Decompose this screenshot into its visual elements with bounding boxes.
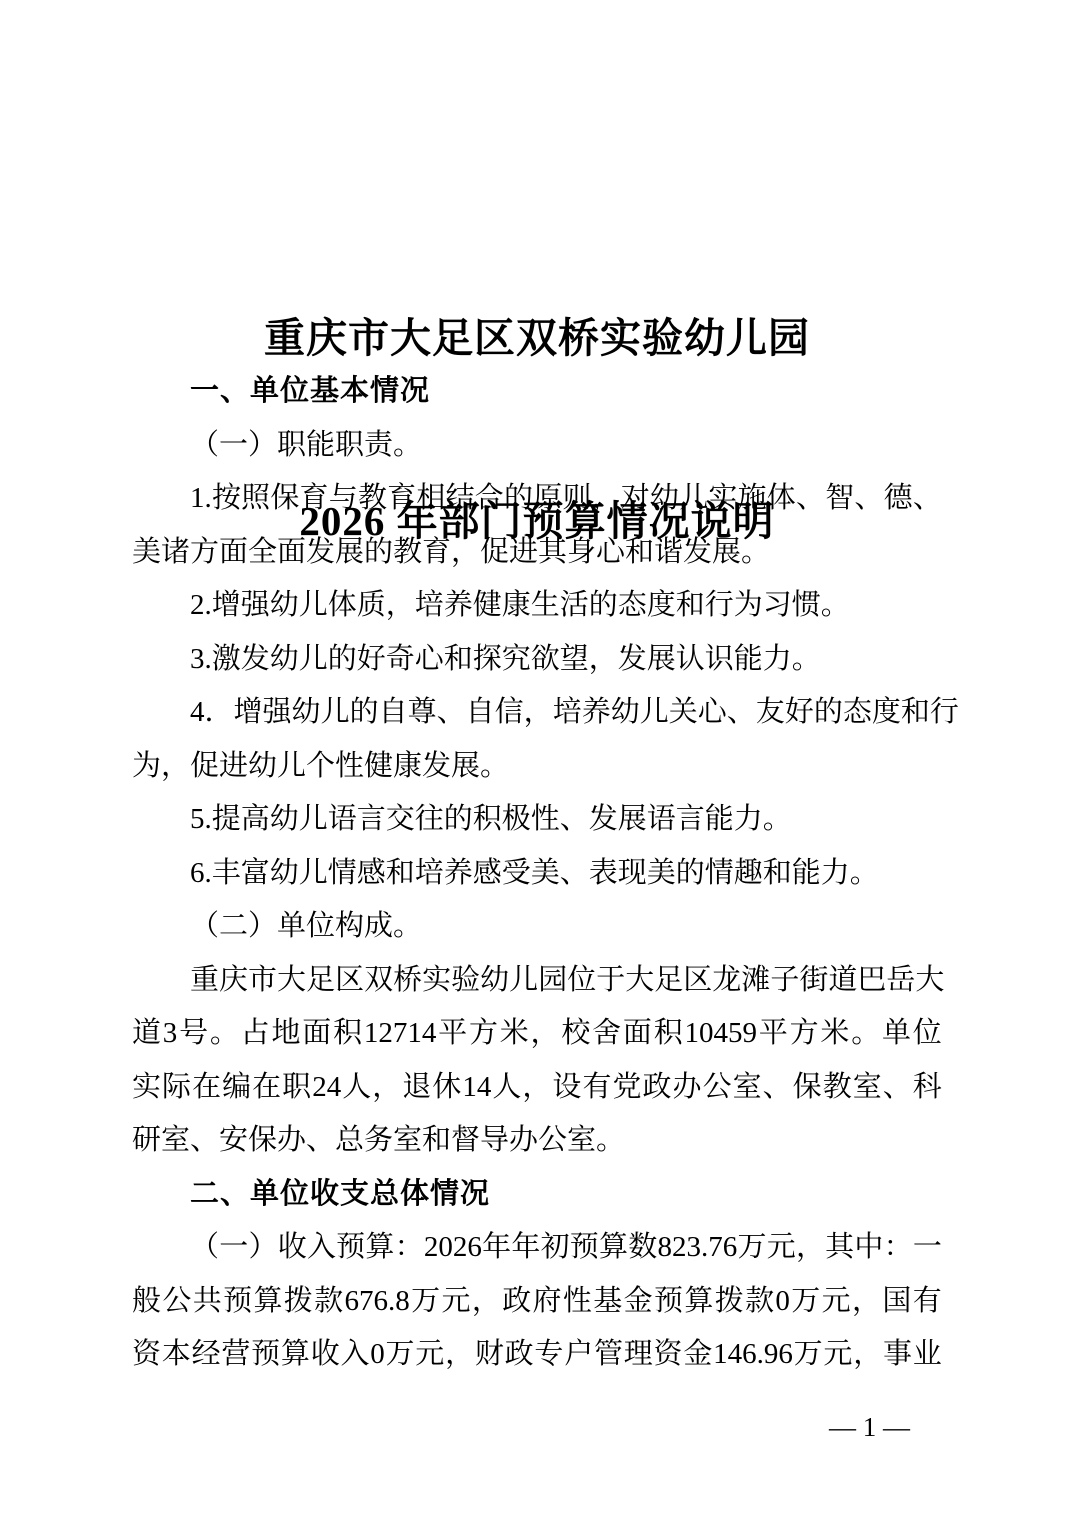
text-token: 育 <box>300 472 329 526</box>
section-heading: 一、单位基本情况 <box>132 365 942 419</box>
text-token: 入 <box>340 1328 369 1382</box>
text-token: 人 <box>492 1061 521 1115</box>
text-token: 与 <box>329 472 358 526</box>
text-token: 中 <box>854 1221 883 1275</box>
text-token: 区 <box>335 954 364 1008</box>
text-token: 实 <box>422 954 451 1008</box>
text-token: 重 <box>190 954 219 1008</box>
text-token: 算 <box>281 1328 310 1382</box>
text-token: 龙 <box>712 954 741 1008</box>
text-token: 科 <box>913 1061 942 1115</box>
text-token: 退 <box>402 1061 431 1115</box>
text-token: 庆 <box>219 954 248 1008</box>
text-token: 经 <box>192 1328 221 1382</box>
text-token: 单 <box>882 1007 911 1061</box>
text-token: 事 <box>883 1328 912 1382</box>
text-token: ， <box>445 1328 474 1382</box>
text-line: 3.激发幼儿的好奇心和探究欲望，发展认识能力。 <box>132 633 942 687</box>
text-token: 24 <box>312 1061 341 1115</box>
text-token: 德 <box>884 472 913 526</box>
text-token: 体 <box>767 472 796 526</box>
text-token: 儿 <box>321 686 350 740</box>
text-line: 资本经营预算收入0万元，财政专户管理资金146.96万元，事业 <box>132 1328 942 1382</box>
text-token: 财 <box>475 1328 504 1382</box>
text-token: 、 <box>883 1061 912 1115</box>
text-token: 号 <box>179 1007 208 1061</box>
text-token: 万 <box>791 1275 820 1329</box>
text-token: 业 <box>913 1328 942 1382</box>
document-page: 重庆市大足区双桥实验幼儿园 2026 年部门预算情况说明 一、单位基本情况（一）… <box>0 0 1074 1520</box>
text-token: 道 <box>132 1007 161 1061</box>
text-token: 金 <box>683 1328 712 1382</box>
text-token: 儿 <box>640 686 669 740</box>
text-token: 位 <box>567 954 596 1008</box>
text-token: 际 <box>162 1061 191 1115</box>
text-token: 人 <box>342 1061 371 1115</box>
text-token: ， <box>472 1275 501 1329</box>
text-token: 预 <box>654 1275 683 1329</box>
text-token: 养 <box>582 686 611 740</box>
text-token: 按 <box>212 472 241 526</box>
text-token: 大 <box>625 954 654 1008</box>
text-token: 积 <box>654 1007 683 1061</box>
text-token: 0 <box>775 1275 790 1329</box>
text-token: 街 <box>799 954 828 1008</box>
text-token: 有 <box>913 1275 942 1329</box>
text-token: 园 <box>538 954 567 1008</box>
text-token: 实 <box>132 1061 161 1115</box>
text-token: 育 <box>387 472 416 526</box>
text-token: 算 <box>599 1221 628 1275</box>
text-token: 收 <box>278 1221 307 1275</box>
text-token: 滩 <box>741 954 770 1008</box>
text-token: 年 <box>511 1221 540 1275</box>
text-token: 幼 <box>292 686 321 740</box>
text-token: 、 <box>796 472 825 526</box>
text-token: 元 <box>767 1221 796 1275</box>
text-token: 3 <box>163 1007 178 1061</box>
text-token: 本 <box>162 1328 191 1382</box>
text-token: 位 <box>913 1007 942 1061</box>
text-token: 培 <box>553 686 582 740</box>
text-line: 1.按照保育与教育相结合的原则，对幼儿实施体、智、德、 <box>132 472 942 526</box>
text-line: 实际在编在职24人，退休14人，设有党政办公室、保教室、科 <box>132 1061 942 1115</box>
text-token: 823.76 <box>658 1221 738 1275</box>
text-token: 职 <box>282 1061 311 1115</box>
text-token: 米 <box>820 1007 849 1061</box>
text-line: 5.提高幼儿语言交往的积极性、发展语言能力。 <box>132 793 942 847</box>
text-token: 休 <box>432 1061 461 1115</box>
section-heading: 二、单位收支总体情况 <box>132 1168 942 1222</box>
text-token: 资 <box>654 1328 683 1382</box>
text-token: 公 <box>703 1061 732 1115</box>
text-token: 教 <box>358 472 387 526</box>
text-token: 理 <box>624 1328 653 1382</box>
text-token: 146.96 <box>713 1328 793 1382</box>
text-token: 大 <box>277 954 306 1008</box>
text-token: 双 <box>364 954 393 1008</box>
text-token: 平 <box>759 1007 788 1061</box>
text-line: 为，促进幼儿个性健康发展。 <box>132 740 942 794</box>
text-token: 关 <box>669 686 698 740</box>
text-token: 则 <box>562 472 591 526</box>
text-token: 在 <box>252 1061 281 1115</box>
text-token: 面 <box>623 1007 652 1061</box>
text-token: 友 <box>756 686 785 740</box>
text-token: 共 <box>193 1275 222 1329</box>
text-token: 幼 <box>650 472 679 526</box>
text-token: 度 <box>872 686 901 740</box>
text-token: 676.8 <box>345 1275 410 1329</box>
text-token: 信 <box>495 686 524 740</box>
text-token: 万 <box>794 1328 823 1382</box>
text-token: 营 <box>221 1328 250 1382</box>
text-token: 金 <box>624 1275 653 1329</box>
text-token: 政 <box>502 1275 531 1329</box>
text-token: 元 <box>822 1275 851 1329</box>
document-body: 一、单位基本情况（一）职能职责。1.按照保育与教育相结合的原则，对幼儿实施体、智… <box>132 365 942 1382</box>
text-token: 专 <box>534 1328 563 1382</box>
text-line: 重庆市大足区双桥实验幼儿园位于大足区龙滩子街道巴岳大 <box>132 954 942 1008</box>
text-token: 儿 <box>679 472 708 526</box>
text-token: 室 <box>733 1061 762 1115</box>
text-token: 款 <box>745 1275 774 1329</box>
text-token: 元 <box>823 1328 852 1382</box>
text-token: 万 <box>411 1275 440 1329</box>
text-token: 12714 <box>364 1007 437 1061</box>
text-token: ： <box>884 1221 913 1275</box>
text-token: 4 <box>190 686 205 740</box>
text-token: 年 <box>482 1221 511 1275</box>
text-token: 教 <box>823 1061 852 1115</box>
text-token: 智 <box>825 472 854 526</box>
text-token: 办 <box>673 1061 702 1115</box>
text-token: 、 <box>854 472 883 526</box>
text-token: 地 <box>271 1007 300 1061</box>
text-token: 初 <box>541 1221 570 1275</box>
text-token: 、 <box>437 686 466 740</box>
text-token: 有 <box>582 1061 611 1115</box>
text-token: 面 <box>302 1007 331 1061</box>
text-token: ， <box>592 472 621 526</box>
text-token: 编 <box>222 1061 251 1115</box>
text-token: 预 <box>336 1221 365 1275</box>
text-token: 验 <box>451 954 480 1008</box>
text-token: 平 <box>438 1007 467 1061</box>
text-token: 足 <box>306 954 335 1008</box>
text-token: 幼 <box>611 686 640 740</box>
text-token: 户 <box>564 1328 593 1382</box>
text-token: 相 <box>416 472 445 526</box>
text-line: 般公共预算拨款676.8万元，政府性基金预算拨款0万元，国有 <box>132 1275 942 1329</box>
text-token: 预 <box>251 1328 280 1382</box>
text-token: ， <box>524 686 553 740</box>
text-token: 2026 <box>424 1221 482 1275</box>
text-token: 在 <box>192 1061 221 1115</box>
text-token: 自 <box>466 686 495 740</box>
text-line: 6.丰富幼儿情感和培养感受美、表现美的情趣和能力。 <box>132 847 942 901</box>
text-line: 研室、安保办、总务室和督导办公室。 <box>132 1114 942 1168</box>
text-token: ， <box>852 1275 881 1329</box>
text-token: 米 <box>500 1007 529 1061</box>
text-token: 原 <box>533 472 562 526</box>
text-token: 算 <box>365 1221 394 1275</box>
text-token: ） <box>248 1221 277 1275</box>
text-token: 拨 <box>284 1275 313 1329</box>
text-token: 预 <box>570 1221 599 1275</box>
page-number: — 1 — <box>132 1411 942 1443</box>
text-token: 元 <box>441 1275 470 1329</box>
text-line: 2.增强幼儿体质，培养健康生活的态度和行为习惯。 <box>132 579 942 633</box>
text-token: 施 <box>738 472 767 526</box>
text-token: 巴 <box>857 954 886 1008</box>
text-token: 保 <box>270 472 299 526</box>
text-token: ， <box>522 1061 551 1115</box>
text-token: 设 <box>552 1061 581 1115</box>
text-token: 算 <box>253 1275 282 1329</box>
text-token: 方 <box>790 1007 819 1061</box>
text-token: 行 <box>930 686 959 740</box>
text-token: 实 <box>708 472 737 526</box>
text-token: 心 <box>698 686 727 740</box>
text-token: ， <box>531 1007 560 1061</box>
text-token: 。 <box>210 1007 239 1061</box>
text-line: （一）职能职责。 <box>132 419 942 473</box>
text-token: 政 <box>505 1328 534 1382</box>
text-token: 尊 <box>408 686 437 740</box>
text-token: 对 <box>621 472 650 526</box>
text-line: （二）单位构成。 <box>132 900 942 954</box>
text-token: 岳 <box>886 954 915 1008</box>
text-token: 万 <box>386 1328 415 1382</box>
text-token: （ <box>190 1221 219 1275</box>
text-token: 公 <box>162 1275 191 1329</box>
text-token: 合 <box>475 472 504 526</box>
text-token: 资 <box>132 1328 161 1382</box>
text-token: 0 <box>370 1328 385 1382</box>
text-token: 保 <box>793 1061 822 1115</box>
text-token: 性 <box>563 1275 592 1329</box>
document-title-line-1: 重庆市大足区双桥实验幼儿园 <box>132 308 942 369</box>
text-token: 。 <box>851 1007 880 1061</box>
text-token: 基 <box>593 1275 622 1329</box>
text-token: 10459 <box>685 1007 758 1061</box>
text-token: 的 <box>504 472 533 526</box>
text-token: 1. <box>190 472 212 526</box>
text-token: 儿 <box>509 954 538 1008</box>
text-token: ， <box>372 1061 401 1115</box>
text-token: 好 <box>785 686 814 740</box>
text-token: 款 <box>314 1275 343 1329</box>
text-token: 元 <box>415 1328 444 1382</box>
text-token: 般 <box>132 1275 161 1329</box>
text-token: 区 <box>683 954 712 1008</box>
text-token: 府 <box>533 1275 562 1329</box>
text-token: 党 <box>612 1061 641 1115</box>
text-token: 方 <box>469 1007 498 1061</box>
text-token: 的 <box>350 686 379 740</box>
text-token: 政 <box>643 1061 672 1115</box>
text-token: 舍 <box>592 1007 621 1061</box>
text-token: 增 <box>234 686 263 740</box>
text-token: 14 <box>462 1061 491 1115</box>
text-token: 一 <box>219 1221 248 1275</box>
text-token: 校 <box>561 1007 590 1061</box>
text-token: 收 <box>311 1328 340 1382</box>
text-token: 积 <box>333 1007 362 1061</box>
text-token: 入 <box>307 1221 336 1275</box>
text-token: 的 <box>814 686 843 740</box>
text-token: 幼 <box>480 954 509 1008</box>
text-token: 桥 <box>393 954 422 1008</box>
text-token: 道 <box>828 954 857 1008</box>
text-token: 拨 <box>715 1275 744 1329</box>
text-token: 数 <box>628 1221 657 1275</box>
text-token: 子 <box>770 954 799 1008</box>
text-token: 、 <box>913 472 942 526</box>
text-token: 大 <box>915 954 944 1008</box>
text-token: 、 <box>727 686 756 740</box>
text-token: ， <box>853 1328 882 1382</box>
text-line: 4．增强幼儿的自尊、自信，培养幼儿关心、友好的态度和行 <box>132 686 942 740</box>
text-token: 占 <box>241 1007 270 1061</box>
text-token: 照 <box>241 472 270 526</box>
text-token: 于 <box>596 954 625 1008</box>
text-token: 市 <box>248 954 277 1008</box>
text-token: 算 <box>684 1275 713 1329</box>
text-token: 结 <box>446 472 475 526</box>
text-token: ： <box>395 1221 424 1275</box>
text-token: ， <box>796 1221 825 1275</box>
text-line: （一）收入预算：2026年年初预算数823.76万元，其中：一 <box>132 1221 942 1275</box>
text-token: ． <box>205 686 234 740</box>
text-token: 自 <box>379 686 408 740</box>
text-token: 强 <box>263 686 292 740</box>
text-token: 国 <box>882 1275 911 1329</box>
text-token: 态 <box>843 686 872 740</box>
text-token: 预 <box>223 1275 252 1329</box>
text-token: 和 <box>901 686 930 740</box>
text-token: 管 <box>594 1328 623 1382</box>
text-line: 美诸方面全面发展的教育，促进其身心和谐发展。 <box>132 526 942 580</box>
text-line: 道3号。占地面积12714平方米，校舍面积10459平方米。单位 <box>132 1007 942 1061</box>
text-token: 室 <box>853 1061 882 1115</box>
text-token: 足 <box>654 954 683 1008</box>
text-token: 其 <box>825 1221 854 1275</box>
text-token: 、 <box>763 1061 792 1115</box>
text-token: 一 <box>913 1221 942 1275</box>
text-token: 万 <box>737 1221 766 1275</box>
